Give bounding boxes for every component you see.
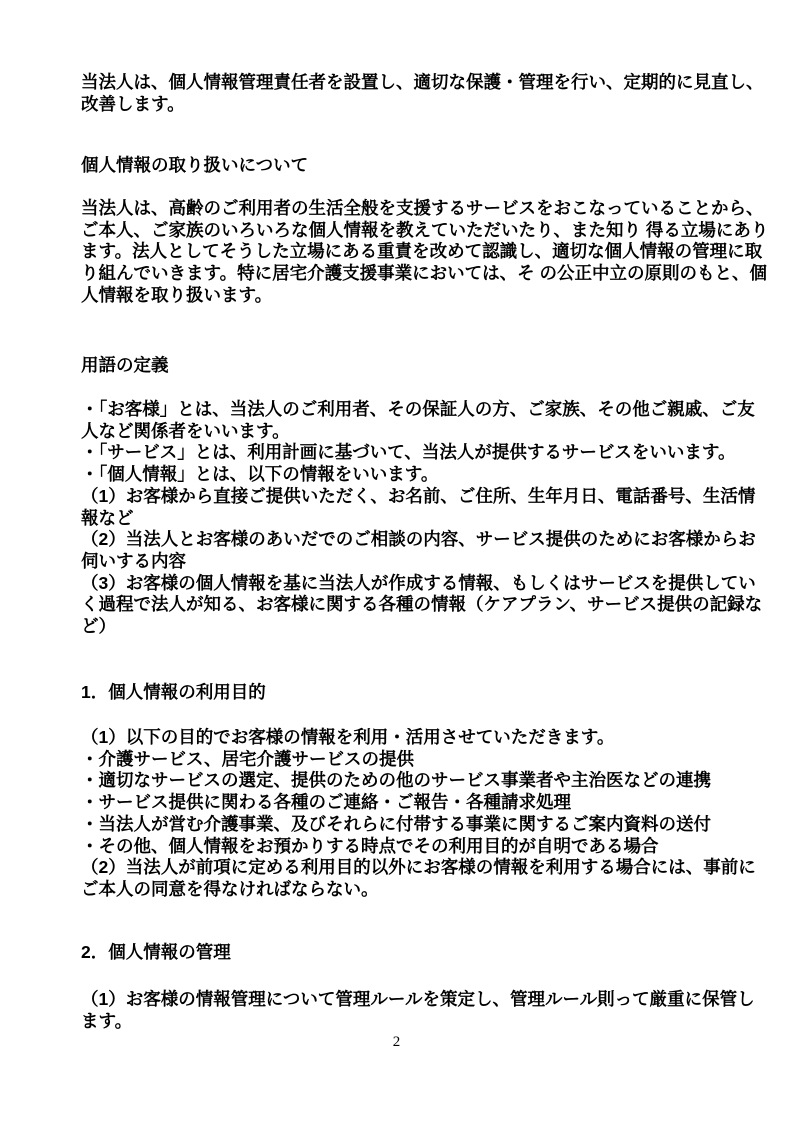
page-number: 2 xyxy=(0,1034,793,1051)
heading-section2-info-management: 2．個人情報の管理 xyxy=(81,942,781,964)
paragraph-privacy-officer: 当法人は、個人情報管理責任者を設置し、適切な保護・管理を行い、定期的に見直し、 … xyxy=(81,72,781,115)
paragraph-term-definitions-list: ・「お客様」とは、当法人のご利用者、その保証人の方、ご家族、その他ご親戚、ご友 … xyxy=(81,399,781,638)
paragraph-handling-policy: 当法人は、高齢のご利用者の生活全般を支援するサービスをおこなっていることから、 … xyxy=(81,198,781,307)
document-page: 当法人は、個人情報管理責任者を設置し、適切な保護・管理を行い、定期的に見直し、 … xyxy=(0,0,793,1122)
heading-personal-info-handling: 個人情報の取り扱いについて xyxy=(81,155,781,177)
heading-section1-usage-purpose: 1．個人情報の利用目的 xyxy=(81,682,781,704)
paragraph-section2-body: （1）お客様の情報管理について管理ルールを策定し、管理ルール則って厳重に保管し … xyxy=(81,989,781,1032)
heading-term-definitions: 用語の定義 xyxy=(81,355,781,377)
paragraph-section1-body: （1）以下の目的でお客様の情報を利用・活用させていただきます。 ・介護サービス、… xyxy=(81,727,781,901)
